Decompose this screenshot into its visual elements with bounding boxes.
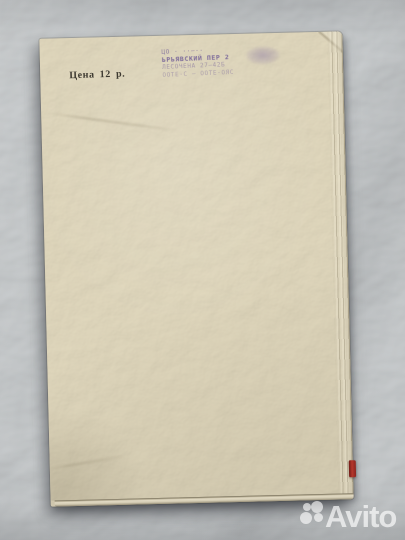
avito-logo-icon (299, 500, 325, 525)
stamp-ink-smudge (246, 46, 280, 65)
listing-photo: Цена 12 р. ЦО · ··—·· ЬРЬЯВСКИЙ ПЕР 2 ЛЕ… (0, 0, 405, 540)
book-back-cover: Цена 12 р. ЦО · ··—·· ЬРЬЯВСКИЙ ПЕР 2 ЛЕ… (39, 31, 353, 506)
avito-logo-dot (300, 512, 312, 524)
price-label: Цена 12 р. (69, 69, 125, 82)
cover-paper: Цена 12 р. ЦО · ··—·· ЬРЬЯВСКИЙ ПЕР 2 ЛЕ… (39, 31, 353, 500)
avito-logo-dot (303, 503, 311, 511)
red-bookmark-tab (349, 460, 356, 477)
cover-light-shading (39, 31, 353, 500)
avito-logo-dot (314, 513, 323, 522)
avito-logo-dot (311, 501, 323, 513)
avito-wordmark: Avito (325, 501, 396, 532)
